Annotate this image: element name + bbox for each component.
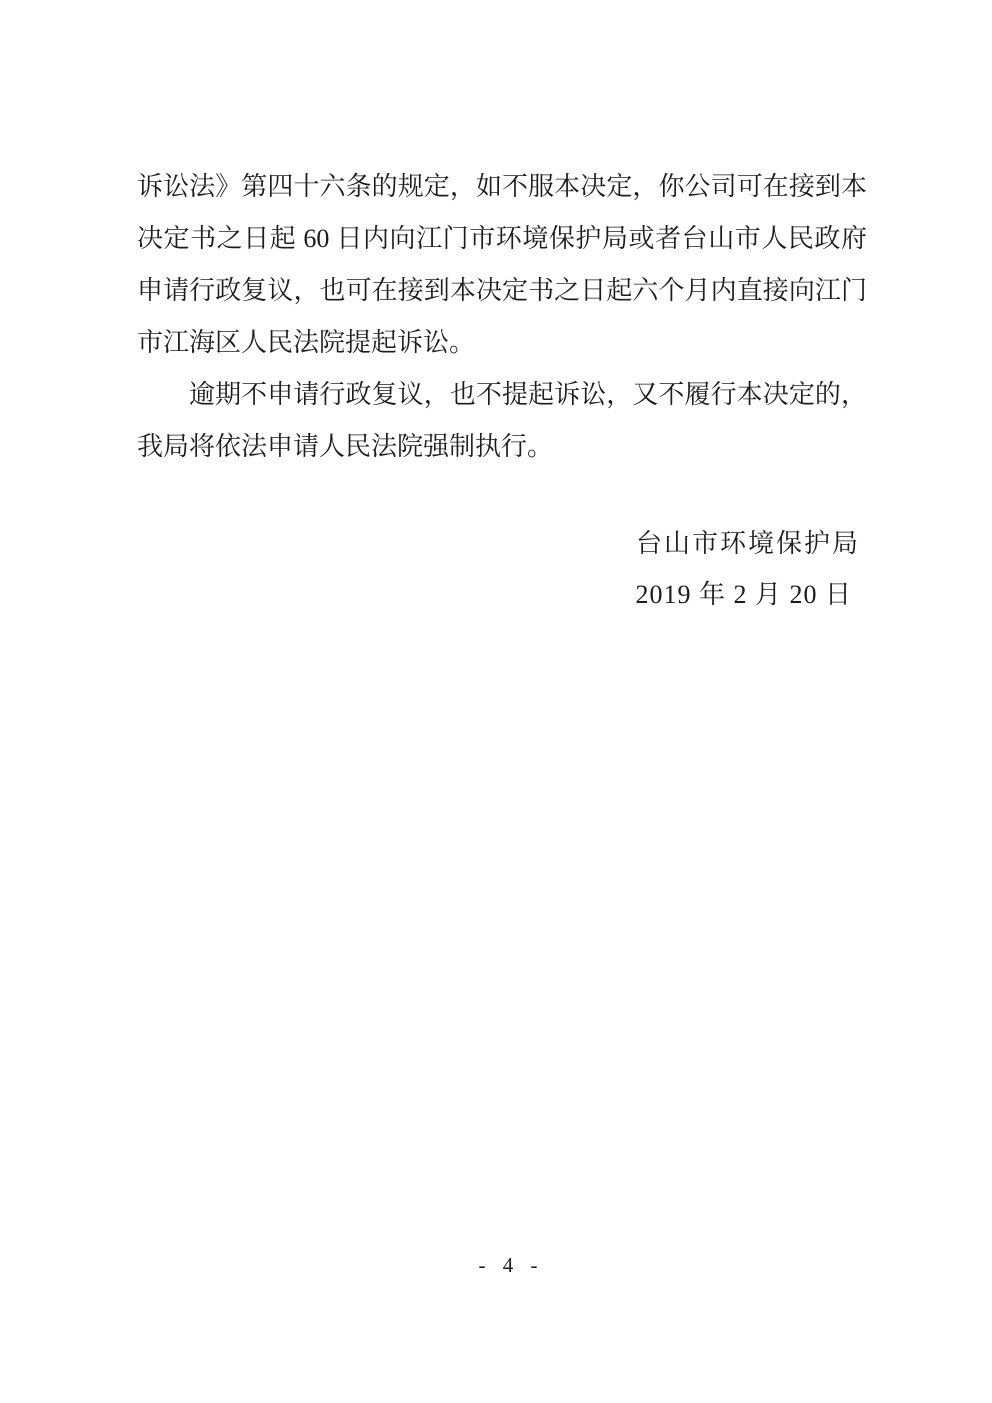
document-page: 诉讼法》第四十六条的规定，如不服本决定，你公司可在接到本 决定书之日起 60 日… (0, 0, 992, 1403)
paragraph1-line-3: 申请行政复议，也可在接到本决定书之日起六个月内直接向江门 (137, 265, 867, 317)
signature-date: 2019 年 2 月 20 日 (635, 569, 852, 621)
page-number: - 4 - (479, 1252, 544, 1278)
document-body: 诉讼法》第四十六条的规定，如不服本决定，你公司可在接到本 决定书之日起 60 日… (137, 161, 867, 473)
paragraph1-line-1: 诉讼法》第四十六条的规定，如不服本决定，你公司可在接到本 (137, 161, 867, 213)
paragraph2-line-1: 逾期不申请行政复议，也不提起诉讼，又不履行本决定的， (137, 369, 867, 421)
paragraph2-line-2: 我局将依法申请人民法院强制执行。 (137, 421, 867, 473)
paragraph1-line-2: 决定书之日起 60 日内向江门市环境保护局或者台山市人民政府 (137, 213, 867, 265)
signature-organization: 台山市环境保护局 (636, 518, 860, 570)
paragraph1-line-4: 市江海区人民法院提起诉讼。 (137, 317, 867, 369)
